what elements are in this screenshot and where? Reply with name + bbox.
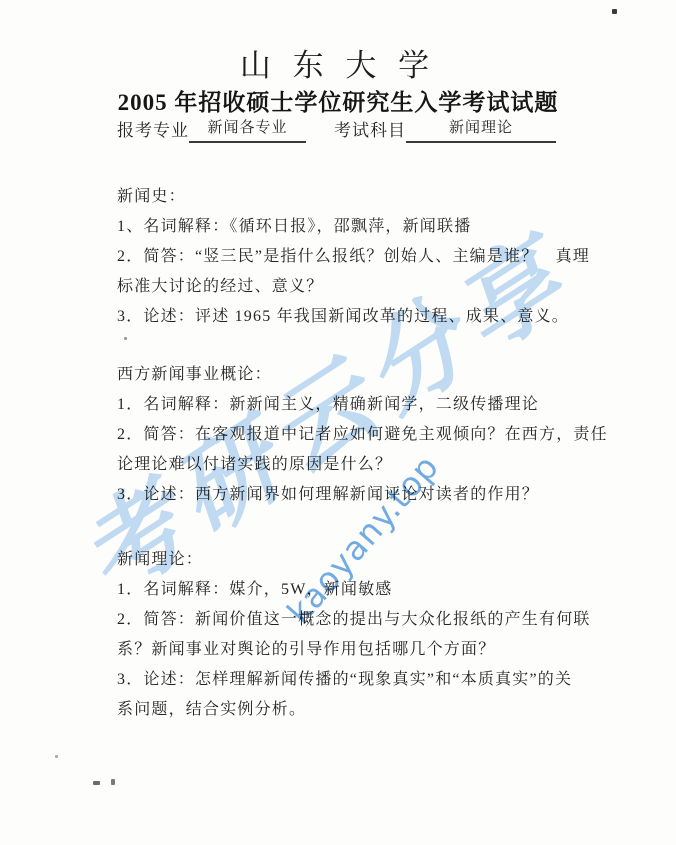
question-line: 系问题，结合实例分析。 xyxy=(117,695,587,725)
question-line: 3．论述：怎样理解新闻传播的“现象真实”和“本质真实”的关 xyxy=(117,665,587,695)
section-news-history: 新闻史： 1、名词解释：《循环日报》，邵飘萍，新闻联播 2．简答：“竖三民”是指… xyxy=(117,182,587,332)
exam-info-row: 报考专业 新闻各专业 考试科目 新闻理论 xyxy=(117,116,556,143)
major-label: 报考专业 xyxy=(117,116,189,143)
scan-speck xyxy=(111,779,115,785)
question-line: 系？新闻事业对舆论的引导作用包括哪几个方面？ xyxy=(117,635,587,665)
question-line: 3．论述：评述 1965 年我国新闻改革的过程、成果、意义。 xyxy=(117,302,587,332)
section-title: 新闻理论： xyxy=(117,545,587,575)
question-line: 1．名词解释：媒介，5W，新闻敏感 xyxy=(117,575,587,605)
question-line: 1、名词解释：《循环日报》，邵飘萍，新闻联播 xyxy=(117,212,587,242)
scan-speck xyxy=(124,337,127,340)
section-title: 新闻史： xyxy=(117,182,587,212)
scan-speck xyxy=(93,781,100,785)
section-news-theory: 新闻理论： 1．名词解释：媒介，5W，新闻敏感 2．简答：新闻价值这一概念的提出… xyxy=(117,545,587,725)
subject-label: 考试科目 xyxy=(334,116,406,143)
question-line: 2．简答：“竖三民”是指什么报纸？创始人、主编是谁？ 真理 xyxy=(117,242,587,272)
exam-subtitle: 2005 年招收硕士学位研究生入学考试试题 xyxy=(0,84,676,117)
exam-paper-page: 山 东 大 学 2005 年招收硕士学位研究生入学考试试题 报考专业 新闻各专业… xyxy=(0,0,676,845)
question-line: 2．简答：新闻价值这一概念的提出与大众化报纸的产生有何联 xyxy=(117,605,587,635)
subject-field: 新闻理论 xyxy=(406,120,556,143)
question-line: 3．论述：西方新闻界如何理解新闻评论对读者的作用？ xyxy=(117,480,587,510)
question-line: 论理论难以付诸实践的原因是什么？ xyxy=(117,450,587,480)
scan-speck xyxy=(55,755,58,758)
scan-speck xyxy=(612,9,617,14)
question-line: 1．名词解释：新新闻主义，精确新闻学，二级传播理论 xyxy=(117,390,587,420)
section-western-journalism: 西方新闻事业概论： 1．名词解释：新新闻主义，精确新闻学，二级传播理论 2．简答… xyxy=(117,360,587,510)
section-title: 西方新闻事业概论： xyxy=(117,360,587,390)
question-line: 2．简答：在客观报道中记者应如何避免主观倾向？在西方，责任 xyxy=(117,420,587,450)
major-field: 新闻各专业 xyxy=(189,120,306,143)
university-title: 山 东 大 学 xyxy=(0,40,676,85)
question-line: 标准大讨论的经过、意义？ xyxy=(117,272,587,302)
